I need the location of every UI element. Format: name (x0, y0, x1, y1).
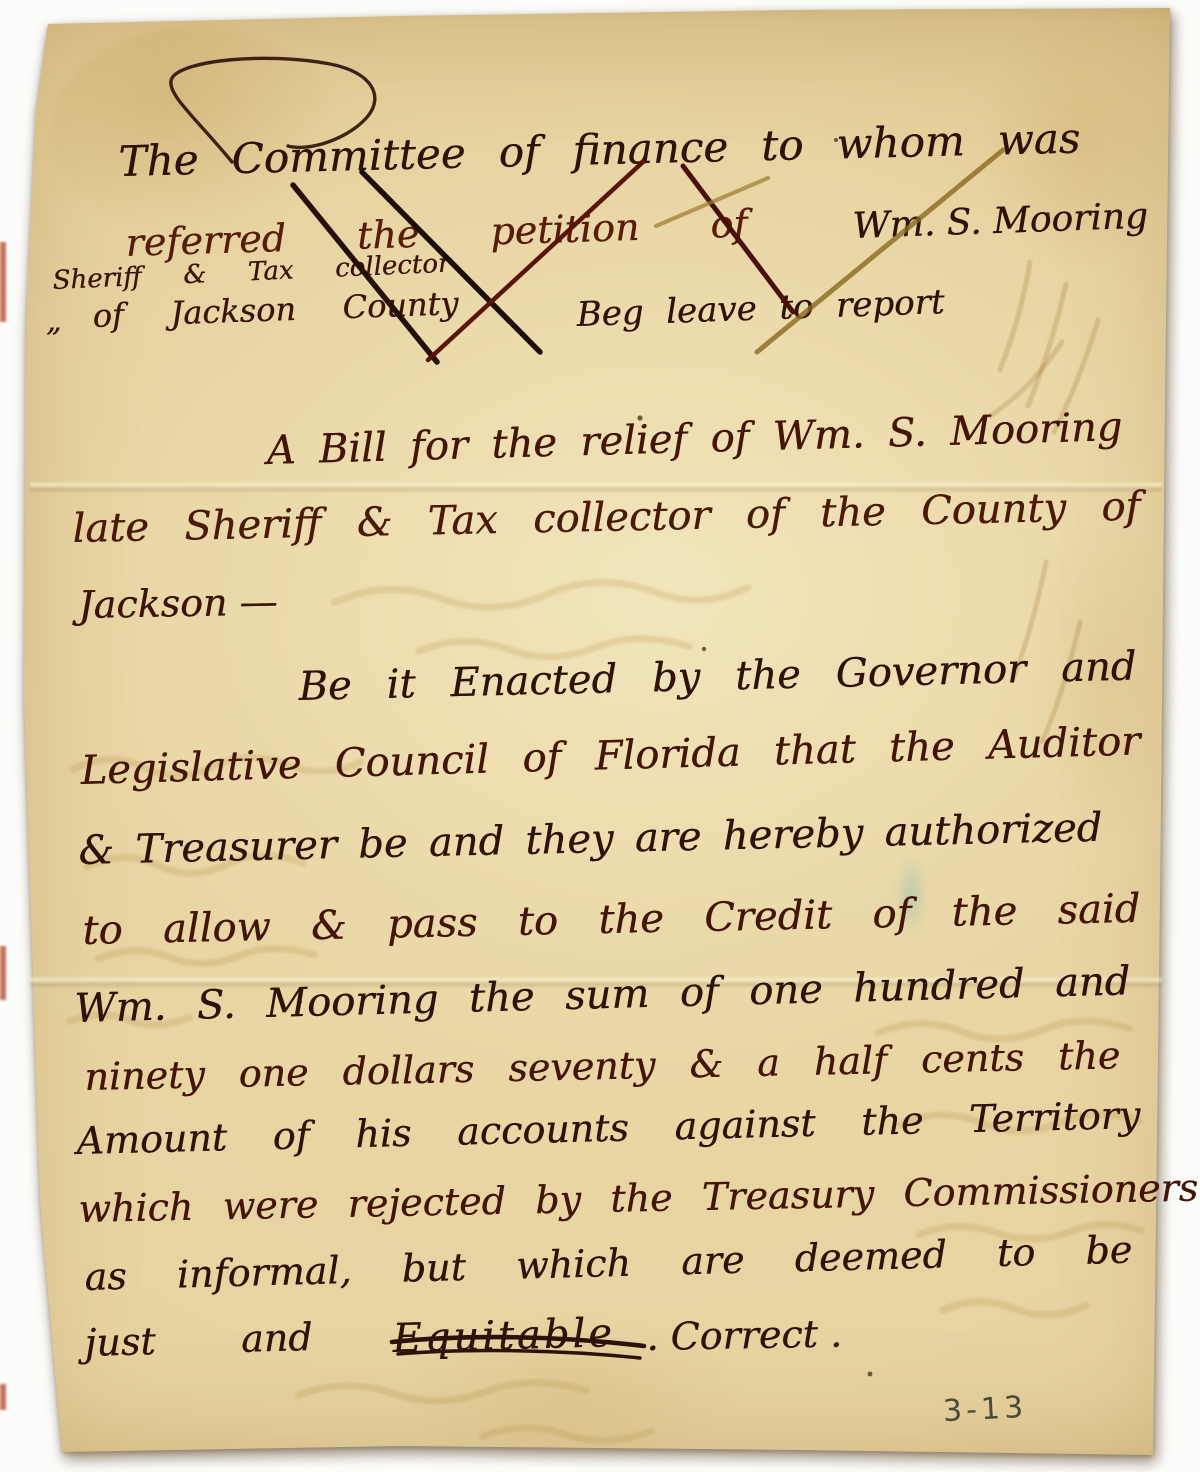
scanned-document: The Committee of finance to whom was ref… (0, 0, 1200, 1472)
red-scan-artifact-1 (0, 242, 6, 322)
pencil-page-code: 3-13 (942, 1390, 1028, 1429)
red-scan-artifact-3 (0, 1384, 6, 1410)
closing-line-end: . Correct . (646, 1315, 842, 1358)
red-scan-artifact-2 (0, 946, 6, 1000)
struck-word-equitable: Equitable (392, 1312, 615, 1360)
insert-caret-mark: „ (46, 306, 62, 338)
bill-title-line-3: Jackson — (78, 583, 278, 626)
closing-line-start: just and (84, 1318, 313, 1364)
